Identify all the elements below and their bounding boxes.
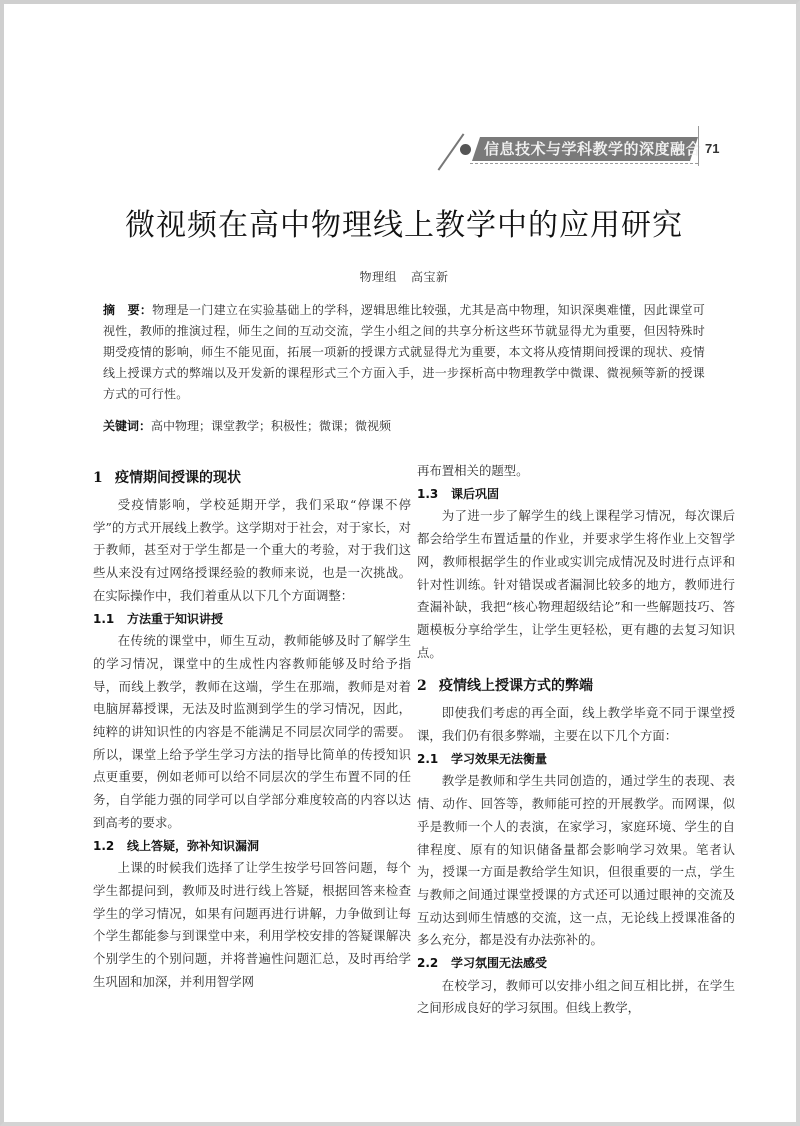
abstract-label: 摘 要： xyxy=(103,303,152,317)
subsection-title: 方法重于知识讲授 xyxy=(127,612,223,626)
paragraph: 在校学习，教师可以安排小组之间互相比拼，在学生之间形成良好的学习氛围。但线上教学… xyxy=(417,975,735,1020)
page-number: 71 xyxy=(705,141,719,156)
subsection-heading-2-2: 2.2学习氛围无法感受 xyxy=(417,952,735,975)
paragraph: 受疫情影响，学校延期开学，我们采取“停课不停学”的方式开展线上教学。这学期对于社… xyxy=(93,494,411,608)
subsection-heading-1-1: 1.1方法重于知识讲授 xyxy=(93,608,411,631)
abstract-text: 物理是一门建立在实验基础上的学科，逻辑思维比较强，尤其是高中物理，知识深奥难懂，… xyxy=(103,303,705,401)
section-title: 疫情期间授课的现状 xyxy=(115,470,241,486)
paragraph: 教学是教师和学生共同创造的，通过学生的表现、表情、动作、回答等，教师能可控的开展… xyxy=(417,770,735,952)
subsection-heading-2-1: 2.1学习效果无法衡量 xyxy=(417,748,735,771)
subsection-number: 1.1 xyxy=(93,608,127,631)
section-heading-1: 1疫情期间授课的现状 xyxy=(93,466,411,490)
header-dot-decoration xyxy=(460,144,471,155)
subsection-title: 线上答疑，弥补知识漏洞 xyxy=(127,839,259,853)
subsection-number: 1.2 xyxy=(93,835,127,858)
abstract: 摘 要：物理是一门建立在实验基础上的学科，逻辑思维比较强，尤其是高中物理，知识深… xyxy=(103,300,705,405)
subsection-number: 2.1 xyxy=(417,748,451,771)
header-dashed-line xyxy=(470,163,698,164)
paragraph: 在传统的课堂中，师生互动，教师能够及时了解学生的学习情况，课堂中的生成性内容教师… xyxy=(93,630,411,834)
subsection-number: 1.3 xyxy=(417,483,451,506)
section-title: 疫情线上授课方式的弊端 xyxy=(439,678,593,694)
keywords: 关键词：高中物理；课堂教学；积极性；微课；微视频 xyxy=(103,416,705,436)
header-section-title: 信息技术与学科教学的深度融合 xyxy=(484,139,694,159)
running-header: 信息技术与学科教学的深度融合 71 xyxy=(448,132,738,168)
subsection-title: 课后巩固 xyxy=(451,487,499,501)
paragraph: 上课的时候我们选择了让学生按学号回答问题，每个学生都提问到，教师及时进行线上答疑… xyxy=(93,857,411,993)
section-number: 1 xyxy=(93,466,115,490)
paragraph: 为了进一步了解学生的线上课程学习情况，每次课后都会给学生布置适量的作业，并要求学… xyxy=(417,505,735,664)
subsection-title: 学习效果无法衡量 xyxy=(451,752,547,766)
author-name: 高宝新 xyxy=(411,270,449,284)
paragraph: 即使我们考虑的再全面，线上教学毕竟不同于课堂授课，我们仍有很多弊端，主要在以下几… xyxy=(417,702,735,747)
author-line: 物理组高宝新 xyxy=(84,268,724,285)
document-page: 信息技术与学科教学的深度融合 71 微视频在高中物理线上教学中的应用研究 物理组… xyxy=(0,0,800,1126)
article-title: 微视频在高中物理线上教学中的应用研究 xyxy=(84,206,724,246)
subsection-heading-1-2: 1.2线上答疑，弥补知识漏洞 xyxy=(93,835,411,858)
keywords-label: 关键词： xyxy=(103,419,151,433)
right-column: 再布置相关的题型。 1.3课后巩固 为了进一步了解学生的线上课程学习情况，每次课… xyxy=(417,460,735,1020)
section-heading-2: 2疫情线上授课方式的弊端 xyxy=(417,674,735,698)
subsection-title: 学习氛围无法感受 xyxy=(451,956,547,970)
keywords-text: 高中物理；课堂教学；积极性；微课；微视频 xyxy=(151,419,391,433)
section-number: 2 xyxy=(417,674,439,698)
left-column: 1疫情期间授课的现状 受疫情影响，学校延期开学，我们采取“停课不停学”的方式开展… xyxy=(93,462,411,993)
header-divider xyxy=(698,126,699,166)
subsection-number: 2.2 xyxy=(417,952,451,975)
subsection-heading-1-3: 1.3课后巩固 xyxy=(417,483,735,506)
author-group: 物理组 xyxy=(359,270,397,284)
paragraph-continued: 再布置相关的题型。 xyxy=(417,460,735,483)
